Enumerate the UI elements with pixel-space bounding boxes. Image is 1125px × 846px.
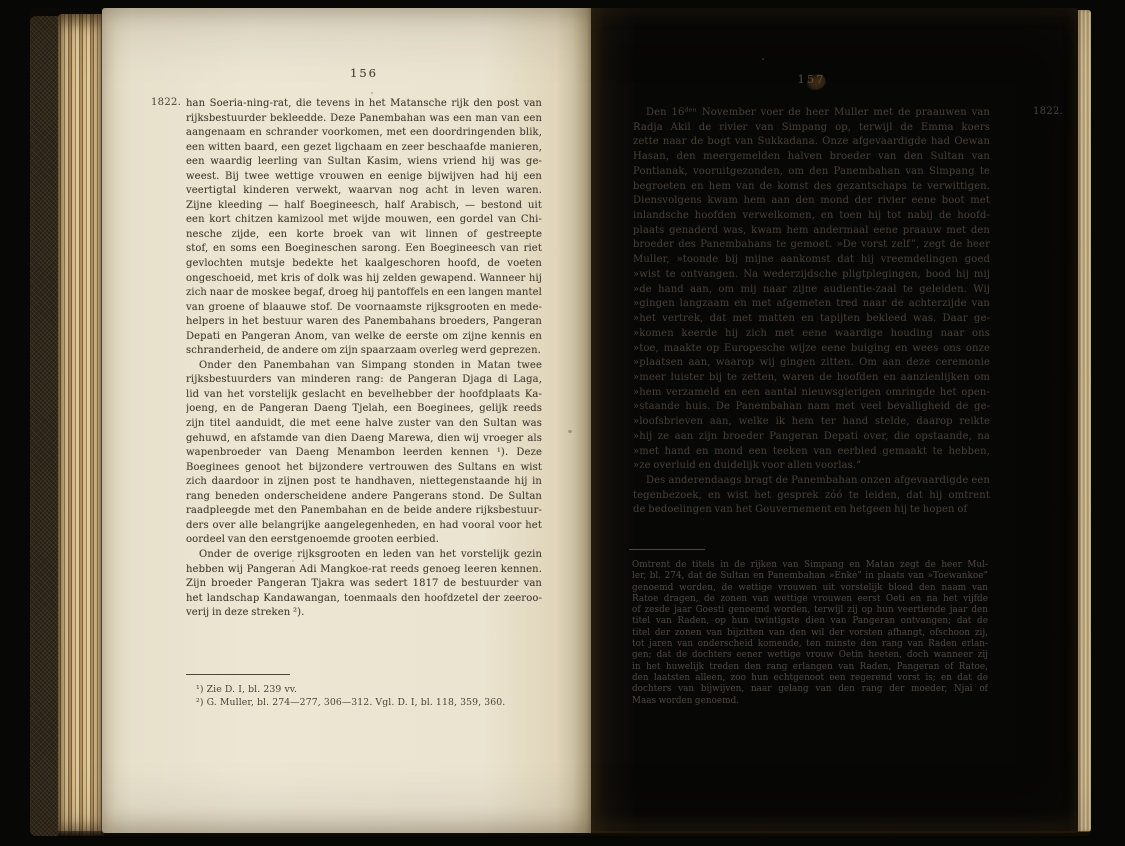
footnote-line: titel van Raden, op hun twintigste dien … — [632, 616, 988, 627]
text-line: het landschap Kandawangan, toenmaals den… — [186, 592, 542, 607]
text-line: weest. Bij twee wettige vrouwen en eenig… — [186, 170, 542, 185]
text-line: inlandsche hoofden verwelkomen, en toen … — [633, 209, 990, 224]
footnote-line: Omtrent de titels in de rijken van Simpa… — [632, 560, 988, 571]
text-line: rang beneden onderscheidene andere Pange… — [186, 490, 542, 505]
text-line: »toe, maakte op Europesche wijze eene bu… — [633, 342, 990, 357]
footnote-line: titel der zonen van bijzitten van den wi… — [632, 628, 988, 639]
text-line: han Soeria-ning-rat, die tevens in het M… — [186, 97, 542, 112]
footnote-rule-right — [629, 549, 705, 550]
text-line: zich daardoor in zijnen post te handhave… — [186, 475, 542, 490]
open-book: 156 1822. han Soeria-ning-rat, die teven… — [0, 0, 1125, 846]
footnote-line: den laatsten alleen, zoo hun echtgenoot … — [632, 673, 988, 684]
text-line: de bedoelingen van het Gouvernement en h… — [633, 503, 990, 518]
text-line: »komen keerde hij zich met eene waardige… — [633, 327, 990, 342]
text-line: Radja Akil de rivier van Simpang op, ter… — [633, 121, 990, 136]
text-line: »meer luister bij te zetten, waren de ho… — [633, 371, 990, 386]
footnotes-left: ¹) Zie D. I, bl. 239 vv.²) G. Muller, bl… — [196, 683, 552, 709]
margin-year-note-left: 1822. — [151, 97, 181, 108]
text-line: zette naar de bogt van Sukkadana. Onze a… — [633, 135, 990, 150]
footnote-line: ¹) Zie D. I, bl. 239 vv. — [196, 683, 552, 696]
body-text-left: han Soeria-ning-rat, die tevens in het M… — [186, 97, 542, 621]
footnote-line: Ratoe dragen, de zonen van wettige vrouw… — [632, 594, 988, 605]
text-line: rijksbestuurder bekleedde. Deze Panembah… — [186, 112, 542, 127]
footnotes-right: Omtrent de titels in de rijken van Simpa… — [632, 560, 988, 707]
text-line: zijn titel aanduidt, die met eene halve … — [186, 417, 542, 432]
paper-speck — [568, 430, 572, 433]
text-line: »ze overluid en duidelijk voor allen voo… — [633, 459, 990, 474]
text-line: »plaatsen aan, waarop wij gingen zitten.… — [633, 356, 990, 371]
text-line: van groene of blaauwe stof. De voornaams… — [186, 301, 542, 316]
text-line: joeng, en de Pangeran Daeng Tjelah, een … — [186, 402, 542, 417]
text-line: gehuwd, en afstamde van dien Daeng Marew… — [186, 432, 542, 447]
footnote-line: of zesde jaar Goesti genoemd worden, ter… — [632, 605, 988, 616]
text-line: »hem verzameld en een aantal nieuwsgieri… — [633, 386, 990, 401]
text-line: »met hand en mond een teeken van eerbied… — [633, 445, 990, 460]
text-line: »wist te ontvangen. Na wederzijdsche pli… — [633, 268, 990, 283]
footnote-line: ²) G. Muller, bl. 274—277, 306—312. Vgl.… — [196, 696, 552, 709]
page-number-left: 156 — [186, 66, 542, 80]
text-line: »loofsbrieven aan, welke ik hem ter hand… — [633, 415, 990, 430]
book-cover-edge — [30, 16, 60, 836]
paper-speck — [371, 92, 373, 94]
paper-speck — [845, 300, 847, 302]
text-line: begroeten en hem van de komst des gezant… — [633, 180, 990, 195]
text-line: Muller, »toonde bij mijne aankomst dat h… — [633, 253, 990, 268]
text-line: een witten baard, een gezet ligchaam en … — [186, 141, 542, 156]
text-line: een kort chitzen kamizool met wijde mouw… — [186, 213, 542, 228]
text-line: nesche zijde, een korte broek van wit li… — [186, 228, 542, 243]
text-line: Hasan, den meergemelden halven broeder v… — [633, 150, 990, 165]
text-line: Pontianak, vooruitgezonden, om den Panem… — [633, 165, 990, 180]
text-line: Onder de overige rijksgrooten en leden v… — [186, 548, 542, 563]
text-line: een waardig leerling van Sultan Kasim, w… — [186, 155, 542, 170]
text-line: »gingen langzaam en met afgemeten tred n… — [633, 297, 990, 312]
page-edge-stack-right — [1078, 10, 1091, 832]
text-line: wapenbroeder van Daeng Menambon leerden … — [186, 446, 542, 461]
text-line: veertigtal kinderen verwekt, waarvan nog… — [186, 184, 542, 199]
paper-speck — [292, 560, 294, 562]
footnote-rule-left — [186, 674, 290, 675]
text-line: rijksbestuurders van minderen rang: de P… — [186, 373, 542, 388]
text-line: lid van het vorstelijk geslacht en bevel… — [186, 388, 542, 403]
footnote-line: ler, bl. 274, dat de Sultan en Panembaha… — [632, 571, 988, 582]
footnote-line: dochters van bijwijven, naar gelang van … — [632, 684, 988, 695]
footnote-line: gen; dat de dochters eener wettige vrouw… — [632, 650, 988, 661]
footnote-line: genoemd worden, de wettige vrouwen uit v… — [632, 583, 988, 594]
body-text-right: Den 16ᵈᵉⁿ November voer de heer Muller m… — [633, 106, 990, 518]
paper-speck — [762, 58, 764, 60]
text-line: Onder den Panembahan van Simpang stonden… — [186, 359, 542, 374]
text-line: tegenbezoek, en wist het gesprek zóó te … — [633, 489, 990, 504]
page-edge-fan-left — [58, 14, 104, 836]
text-line: »de hand aan, om mij naar zijne audienti… — [633, 283, 990, 298]
text-line: Des anderendaags bragt de Panembahan onz… — [633, 474, 990, 489]
text-line: Zijn broeder Pangeran Tjakra was sedert … — [186, 577, 542, 592]
text-line: aangenaam en schrander voorkomen, met ee… — [186, 126, 542, 141]
text-line: Den 16ᵈᵉⁿ November voer de heer Muller m… — [633, 106, 990, 121]
text-line: Depati en Pangeran Anom, van welke de ee… — [186, 330, 542, 345]
footnote-line: tot jaren van onderscheid komende, ten m… — [632, 639, 988, 650]
text-line: ongeschoeid, met kris of dolk was hij ze… — [186, 272, 542, 287]
text-line: raadpleegde met den Panembahan en de bei… — [186, 504, 542, 519]
text-line: zich naar de moskee begaf, droeg hij pan… — [186, 286, 542, 301]
text-line: Diensvolgens kwam hem aan den mond der r… — [633, 194, 990, 209]
margin-year-note-right: 1822. — [1033, 106, 1063, 117]
text-line: verij in deze streken ²). — [186, 606, 542, 621]
footnote-line: in het huwelijk treden den rang erlangen… — [632, 662, 988, 673]
text-line: ders over alle belangrijke aangelegenhed… — [186, 519, 542, 534]
text-line: broeder des Panembahans te gemoet. »De v… — [633, 238, 990, 253]
text-line: Zijne kleeding — half Boegineesch, half … — [186, 199, 542, 214]
text-line: »staande huis. De Panembahan nam met vee… — [633, 400, 990, 415]
text-line: oordeel van den eerstgenoemde grooten ee… — [186, 533, 542, 548]
text-line: gevlochten mutsje bedekte het kaalgescho… — [186, 257, 542, 272]
text-line: hebben wij Pangeran Adi Mangkoe-rat reed… — [186, 563, 542, 578]
text-line: helpers in het bestuur waren des Panemba… — [186, 315, 542, 330]
text-line: Boeginees genoot het bijzondere vertrouw… — [186, 461, 542, 476]
text-line: plaats genaderd was, kwam hem andermaal … — [633, 224, 990, 239]
text-line: »het vertrek, dat met matten en tapijten… — [633, 312, 990, 327]
footnote-line: Maas worden genoemd. — [632, 696, 988, 707]
text-line: stof, en soms een Boegineschen sarong. E… — [186, 242, 542, 257]
text-line: schranderheid, de andere om zijn spaarza… — [186, 344, 542, 359]
text-line: »hij ze aan zijn broeder Pangeran Depati… — [633, 430, 990, 445]
